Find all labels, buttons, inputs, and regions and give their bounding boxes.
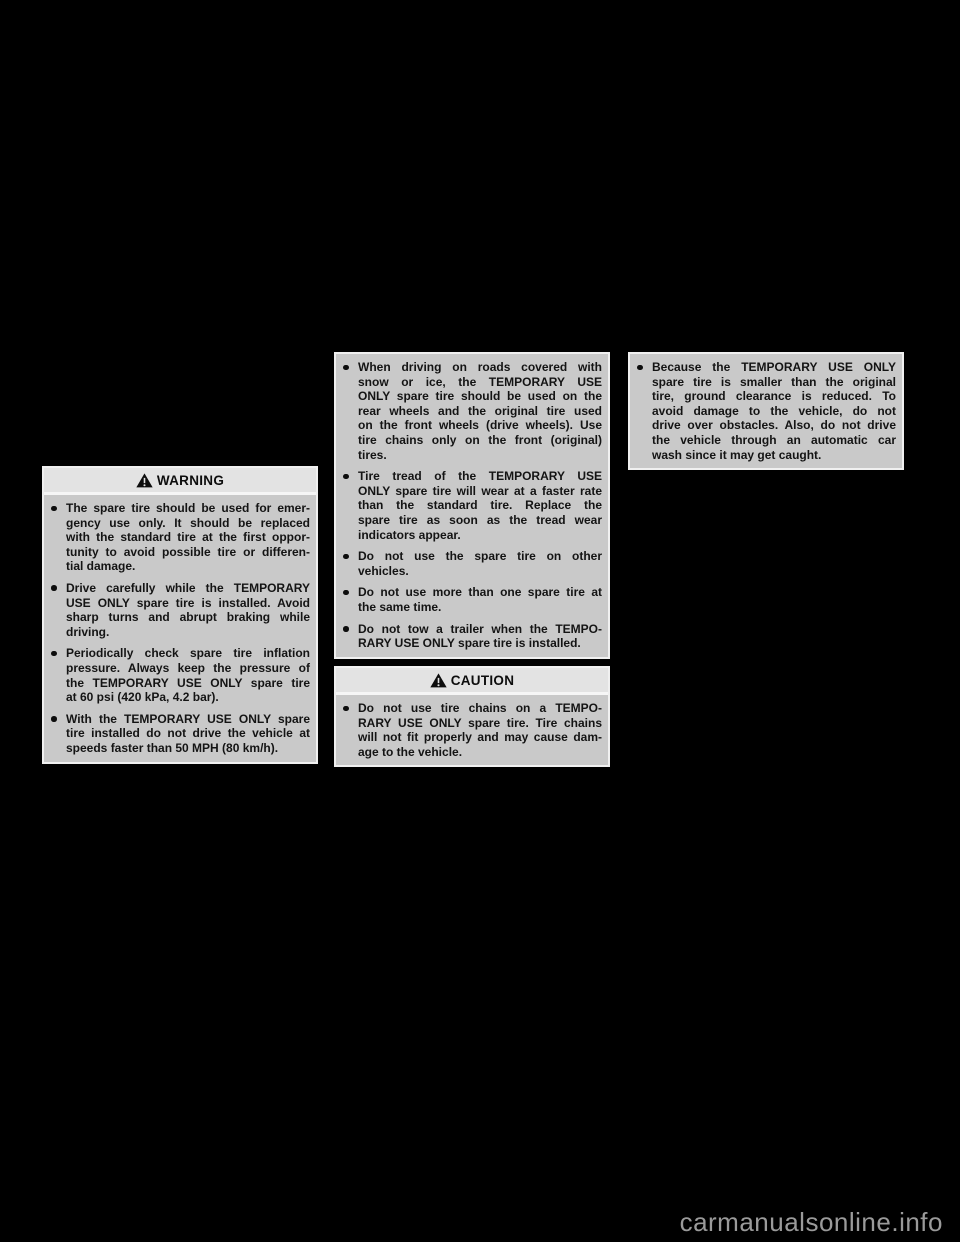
bullet-item: Do not use tire chains on a TEMPO-RARY U… (342, 701, 602, 759)
bullet-line: The spare tire should be used for emer- (66, 501, 310, 516)
bullet-text: Do not tow a trailer when the TEMPO-RARY… (358, 622, 602, 651)
bullet-text: With the TEMPORARY USE ONLY sparetire in… (66, 712, 310, 756)
notes-body: When driving on roads covered withsnow o… (336, 354, 608, 657)
bullet-line: than the standard tire. Replace the (358, 498, 602, 513)
bullet-text: Tire tread of the TEMPORARY USEONLY spar… (358, 469, 602, 542)
bullet-line: at 60 psi (420 kPa, 4.2 bar). (66, 690, 310, 705)
bullet-line: tire chains only on the front (original) (358, 433, 602, 448)
bullet-line: the vehicle through an automatic car (652, 433, 896, 448)
caution-box: CAUTION Do not use tire chains on a TEMP… (334, 666, 610, 767)
bullet-line: driving. (66, 625, 310, 640)
bullet-text: Do not use the spare tire on othervehicl… (358, 549, 602, 578)
bullet-line: Periodically check spare tire inflation (66, 646, 310, 661)
bullet-item: The spare tire should be used for emer-g… (50, 501, 310, 574)
bullet-line: wash since it may get caught. (652, 448, 896, 463)
spare-tire-notes-box: When driving on roads covered withsnow o… (334, 352, 610, 659)
bullet-dot-icon (343, 554, 358, 560)
bullet-line: Tire tread of the TEMPORARY USE (358, 469, 602, 484)
bullet-dot-icon (343, 706, 358, 712)
bullet-dot-icon (343, 590, 358, 596)
bullet-text: Do not use tire chains on a TEMPO-RARY U… (358, 701, 602, 759)
bullet-dot-icon (637, 365, 652, 371)
caution-body: Do not use tire chains on a TEMPO-RARY U… (336, 695, 608, 765)
bullet-line: When driving on roads covered with (358, 360, 602, 375)
bullet-line: spare tire is smaller than the original (652, 375, 896, 390)
bullet-item: Tire tread of the TEMPORARY USEONLY spar… (342, 469, 602, 542)
bullet-line: sharp turns and abrupt braking while (66, 610, 310, 625)
warning-body: The spare tire should be used for emer-g… (44, 495, 316, 762)
bullet-dot-icon (343, 365, 358, 371)
bullet-item: Drive carefully while the TEMPORARYUSE O… (50, 581, 310, 639)
bullet-item: Because the TEMPORARY USE ONLYspare tire… (636, 360, 896, 462)
bullet-line: tial damage. (66, 559, 310, 574)
caution-header: CAUTION (336, 668, 608, 695)
bullet-line: the TEMPORARY USE ONLY spare tire (66, 676, 310, 691)
bullet-line: gency use only. It should be replaced (66, 516, 310, 531)
bullet-text: Do not use more than one spare tire atth… (358, 585, 602, 614)
bullet-line: Do not use more than one spare tire at (358, 585, 602, 600)
bullet-line: indicators appear. (358, 528, 602, 543)
bullet-item: Do not use the spare tire on othervehicl… (342, 549, 602, 578)
bullet-line: on the front wheels (drive wheels). Use (358, 418, 602, 433)
bullet-line: Do not tow a trailer when the TEMPO- (358, 622, 602, 637)
bullet-line: tunity to avoid possible tire or differe… (66, 545, 310, 560)
bullet-line: pressure. Always keep the pressure of (66, 661, 310, 676)
bullet-line: tire, ground clearance is reduced. To (652, 389, 896, 404)
manual-page: WARNING The spare tire should be used fo… (0, 0, 960, 1242)
bullet-line: spare tire as soon as the tread wear (358, 513, 602, 528)
bullet-line: drive over obstacles. Also, do not drive (652, 418, 896, 433)
bullet-dot-icon (343, 626, 358, 632)
warning-triangle-icon (136, 473, 153, 488)
bullet-line: RARY USE ONLY spare tire. Tire chains (358, 716, 602, 731)
bullet-line: ONLY spare tire should be used on the (358, 389, 602, 404)
bullet-line: vehicles. (358, 564, 602, 579)
bullet-line: tires. (358, 448, 602, 463)
bullet-text: Periodically check spare tire inflationp… (66, 646, 310, 704)
bullet-line: with the standard tire at the first oppo… (66, 530, 310, 545)
bullet-dot-icon (51, 716, 66, 722)
bullet-item: With the TEMPORARY USE ONLY sparetire in… (50, 712, 310, 756)
watermark: carmanualsonline.info (680, 1207, 943, 1237)
caution-title: CAUTION (451, 673, 515, 688)
bullet-dot-icon (51, 506, 66, 512)
bullet-line: USE ONLY spare tire is installed. Avoid (66, 596, 310, 611)
bullet-line: age to the vehicle. (358, 745, 602, 760)
bullet-dot-icon (51, 585, 66, 591)
bullet-line: Drive carefully while the TEMPORARY (66, 581, 310, 596)
bullet-line: ONLY spare tire will wear at a faster ra… (358, 484, 602, 499)
bullet-line: rear wheels and the original tire used (358, 404, 602, 419)
warning-triangle-icon (430, 673, 447, 688)
warning-title: WARNING (157, 473, 224, 488)
bullet-dot-icon (51, 651, 66, 657)
bullet-line: avoid damage to the vehicle, do not (652, 404, 896, 419)
bullet-line: Because the TEMPORARY USE ONLY (652, 360, 896, 375)
bullet-text: When driving on roads covered withsnow o… (358, 360, 602, 462)
clearance-body: Because the TEMPORARY USE ONLYspare tire… (630, 354, 902, 468)
warning-header: WARNING (44, 468, 316, 495)
bullet-line: will not fit properly and may cause dam- (358, 730, 602, 745)
bullet-text: Because the TEMPORARY USE ONLYspare tire… (652, 360, 896, 462)
bullet-line: Do not use the spare tire on other (358, 549, 602, 564)
warning-box: WARNING The spare tire should be used fo… (42, 466, 318, 764)
bullet-line: With the TEMPORARY USE ONLY spare (66, 712, 310, 727)
bullet-line: the same time. (358, 600, 602, 615)
bullet-item: When driving on roads covered withsnow o… (342, 360, 602, 462)
bullet-line: tire installed do not drive the vehicle … (66, 726, 310, 741)
bullet-line: RARY USE ONLY spare tire is installed. (358, 636, 602, 651)
bullet-line: snow or ice, the TEMPORARY USE (358, 375, 602, 390)
bullet-text: The spare tire should be used for emer-g… (66, 501, 310, 574)
bullet-line: speeds faster than 50 MPH (80 km/h). (66, 741, 310, 756)
bullet-line: Do not use tire chains on a TEMPO- (358, 701, 602, 716)
ground-clearance-box: Because the TEMPORARY USE ONLYspare tire… (628, 352, 904, 470)
bullet-item: Do not tow a trailer when the TEMPO-RARY… (342, 622, 602, 651)
bullet-item: Periodically check spare tire inflationp… (50, 646, 310, 704)
bullet-dot-icon (343, 474, 358, 480)
bullet-item: Do not use more than one spare tire atth… (342, 585, 602, 614)
bullet-text: Drive carefully while the TEMPORARYUSE O… (66, 581, 310, 639)
